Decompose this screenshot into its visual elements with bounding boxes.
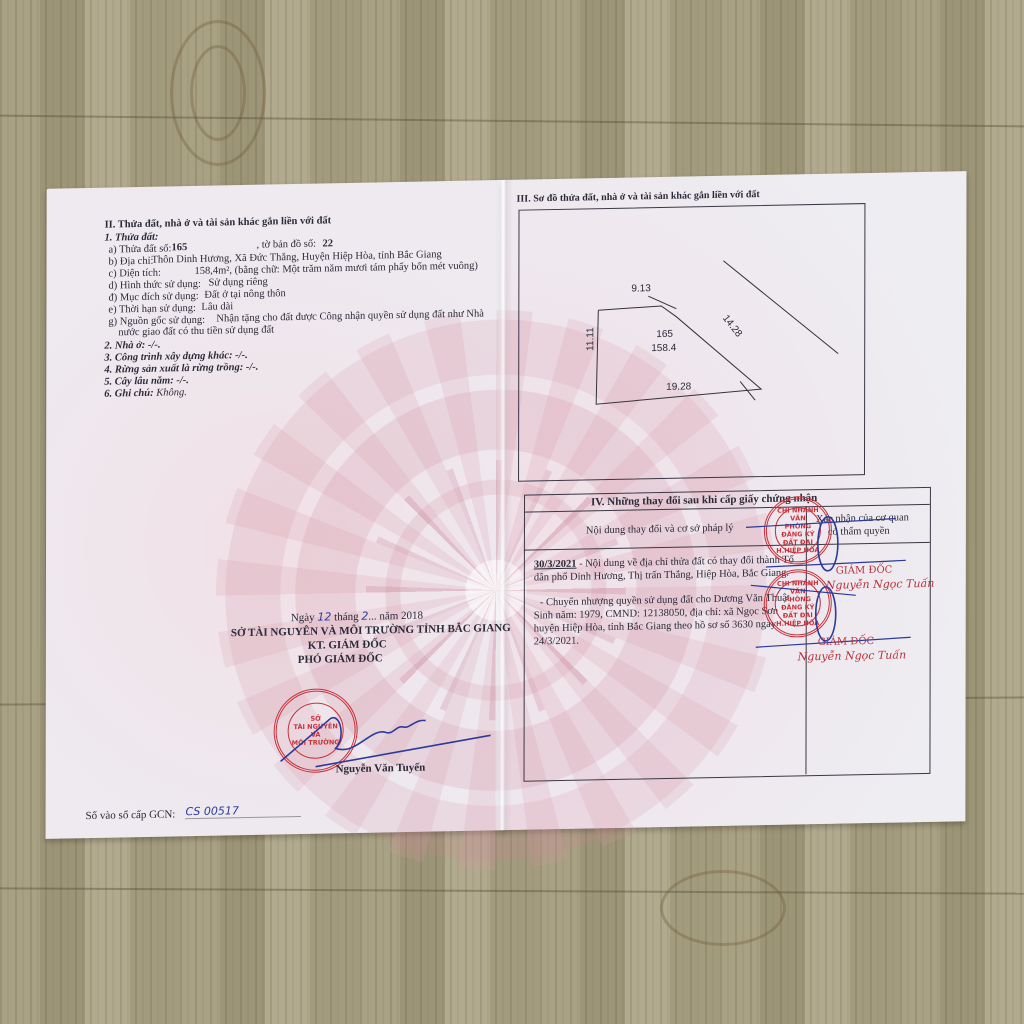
confirm-name-1: Nguyễn Ngọc Tuấn — [826, 577, 935, 592]
map-sheet-value: 22 — [322, 238, 333, 250]
note-label: 6. Ghi chú: — [104, 388, 153, 400]
diagram-edge-left: 11.11 — [585, 327, 597, 351]
change-entry-2-line-4: 24/3/2021. — [534, 636, 579, 649]
confirm-role-2: GIÁM ĐỐC — [818, 636, 875, 648]
note-item: 6. Ghi chú: Không. — [104, 387, 187, 401]
land-use-certificate: II. Thửa đất, nhà ở và tài sản khác gắn … — [46, 171, 967, 839]
diagram-edge-top: 9.13 — [631, 283, 650, 295]
date-month-label: tháng — [334, 611, 358, 623]
parcel-diagram — [518, 203, 863, 480]
map-sheet-label: , tờ bản đồ số: — [256, 239, 316, 252]
registry-label: Số vào sổ cấp GCN: — [86, 808, 176, 822]
issuer-role-1: KT. GIÁM ĐỐC — [308, 638, 387, 652]
area-label: c) Diện tích: — [108, 268, 160, 281]
date-month: 2 — [361, 610, 368, 623]
wood-knot — [190, 45, 246, 141]
signature-icon — [276, 695, 496, 769]
item-1-title: 1. Thửa đất: — [105, 232, 159, 245]
page-fold — [495, 180, 512, 830]
date-year: năm 2018 — [379, 610, 423, 623]
signer-name: Nguyễn Văn Tuyến — [336, 762, 426, 776]
diagram-edge-bottom: 19.28 — [666, 381, 691, 393]
diagram-area: 158.4 — [651, 343, 676, 355]
confirm-name-2: Nguyễn Ngọc Tuấn — [798, 648, 907, 663]
issue-date: Ngày 12 tháng 2... năm 2018 — [291, 610, 423, 625]
parcel-no-value: 165 — [172, 242, 188, 254]
purpose-value: Đất ở tại nông thôn — [204, 288, 285, 302]
confirm-role-1: GIÁM ĐỐC — [836, 565, 893, 577]
date-prefix: Ngày — [291, 612, 315, 624]
address-label: b) Địa chỉ: — [108, 256, 153, 269]
floor-plank-seam — [0, 887, 1024, 894]
note-value: Không. — [156, 387, 187, 399]
wood-knot — [660, 870, 786, 946]
term-value: Lâu dài — [201, 301, 233, 314]
floor-plank-seam — [0, 115, 1024, 128]
diagram-parcel-no: 165 — [656, 329, 673, 341]
change-date: 30/3/2021 — [534, 559, 577, 571]
issuer-role-2: PHÓ GIÁM ĐỐC — [298, 652, 383, 666]
date-day: 12 — [317, 610, 331, 623]
